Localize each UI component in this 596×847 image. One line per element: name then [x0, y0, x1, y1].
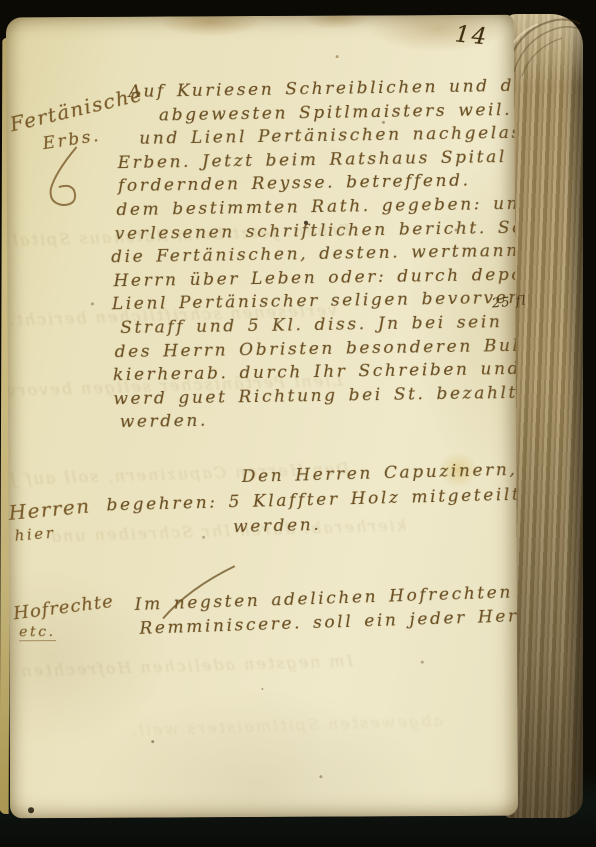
manuscript-page: 14 Fertänische Erbs. Auf Kuriesen Schrei…	[6, 15, 518, 819]
bleedthrough-text: abgewesten Spitlmaisters weil.	[129, 711, 443, 740]
margin-note-herren: Herren	[8, 493, 92, 524]
fore-edge-corner-curl	[504, 14, 583, 84]
entry-3-opening-flourish	[159, 562, 239, 622]
margin-flourish	[37, 145, 97, 215]
bleedthrough-text: Im negsten adelichen Hofrechten	[19, 651, 353, 680]
paper-specks-and-ink-blot	[6, 17, 8, 19]
margin-note-hofrechte: Hofrechte	[12, 591, 115, 625]
page-number: 14	[454, 21, 490, 50]
photograph-of-manuscript: 14 Fertänische Erbs. Auf Kuriesen Schrei…	[0, 0, 596, 847]
margin-note-hofrechte-2: etc.	[19, 624, 56, 641]
margin-amount-note: 25 fl	[491, 294, 527, 312]
